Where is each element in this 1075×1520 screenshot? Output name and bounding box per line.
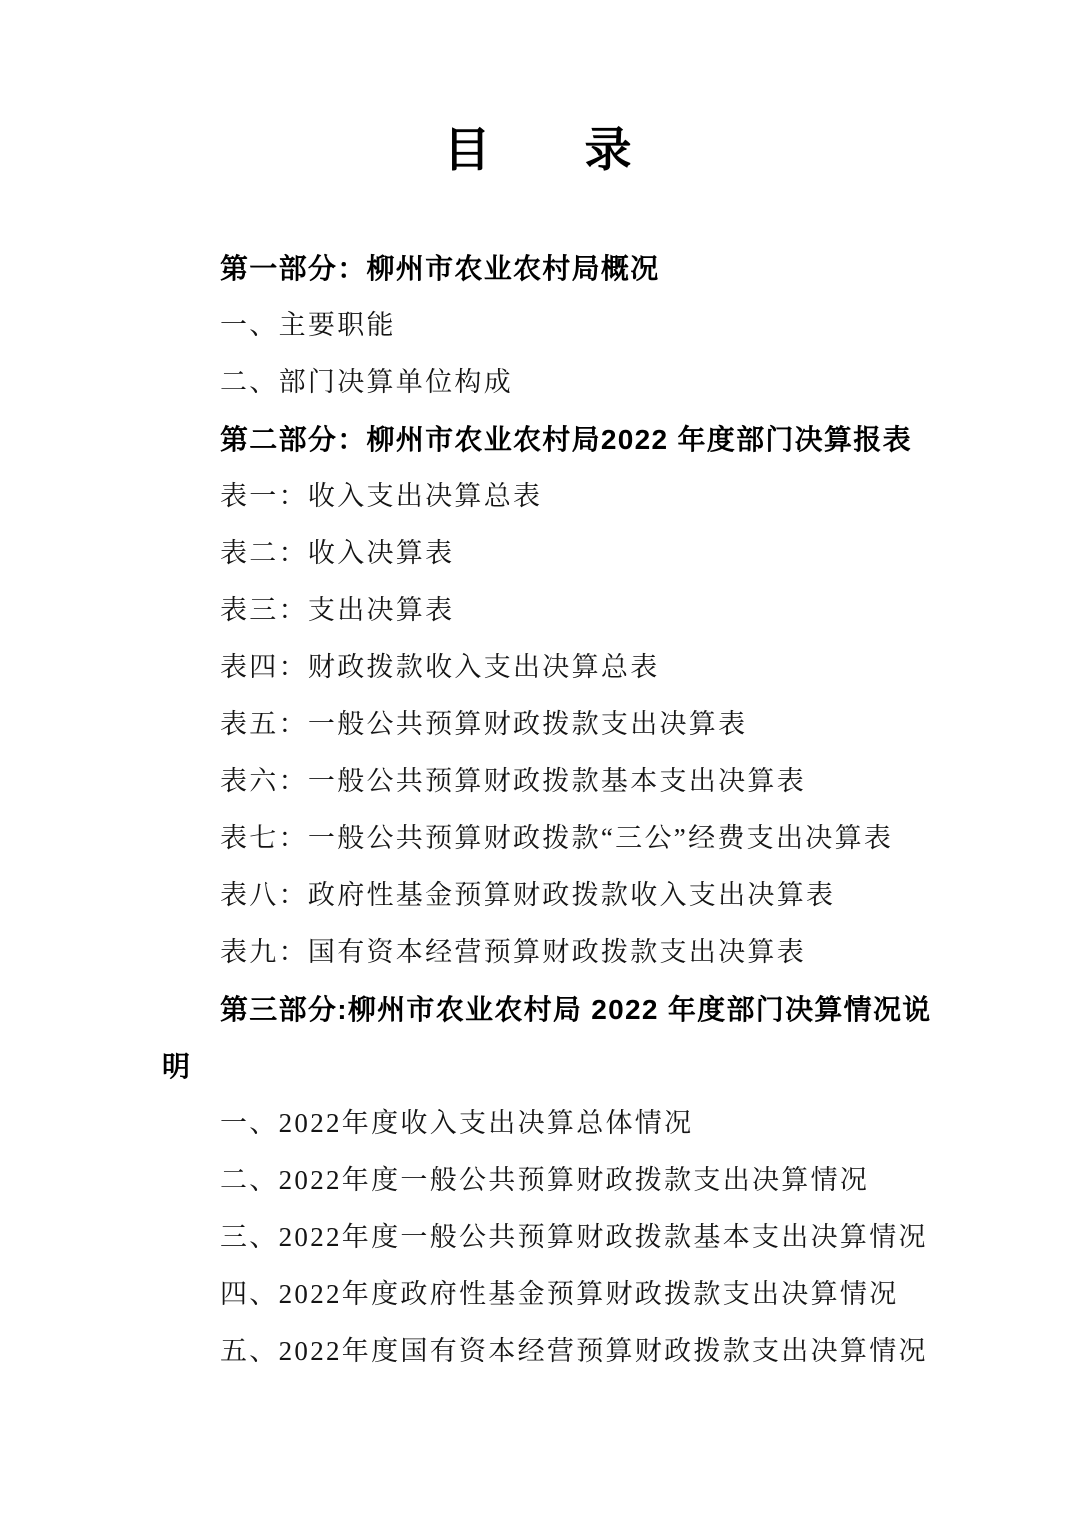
toc-part3-item-3: 三、2022年度一般公共预算财政拨款基本支出决算情况 [162,1209,935,1266]
toc-part1-item-unit-composition: 二、部门决算单位构成 [162,354,935,411]
table-of-contents: 第一部分：柳州市农业农村局概况 一、主要职能 二、部门决算单位构成 第二部分：柳… [0,240,1075,1380]
toc-part3-item-4: 四、2022年度政府性基金预算财政拨款支出决算情况 [162,1266,935,1323]
toc-part3-item-5: 五、2022年度国有资本经营预算财政拨款支出决算情况 [162,1323,935,1380]
page-title: 目 录 [0,0,1075,178]
toc-part3-heading-line1: 第三部分:柳州市农业农村局 2022 年度部门决算情况说 [162,981,935,1038]
toc-part2-table-8: 表八：政府性基金预算财政拨款收入支出决算表 [162,867,935,924]
document-page: 目 录 第一部分：柳州市农业农村局概况 一、主要职能 二、部门决算单位构成 第二… [0,0,1075,1520]
toc-part2-table-1: 表一：收入支出决算总表 [162,468,935,525]
toc-part2-table-4: 表四：财政拨款收入支出决算总表 [162,639,935,696]
toc-part2-table-9: 表九：国有资本经营预算财政拨款支出决算表 [162,924,935,981]
toc-part2-table-7: 表七：一般公共预算财政拨款“三公”经费支出决算表 [162,810,935,867]
toc-part1-item-main-functions: 一、主要职能 [162,297,935,354]
toc-part2-heading: 第二部分：柳州市农业农村局2022 年度部门决算报表 [162,411,935,468]
toc-part2-table-2: 表二：收入决算表 [162,525,935,582]
toc-part3-item-1: 一、2022年度收入支出决算总体情况 [162,1095,935,1152]
toc-part3-heading-line2: 明 [162,1038,935,1095]
toc-part3-item-2: 二、2022年度一般公共预算财政拨款支出决算情况 [162,1152,935,1209]
toc-part2-table-3: 表三：支出决算表 [162,582,935,639]
toc-part2-table-6: 表六：一般公共预算财政拨款基本支出决算表 [162,753,935,810]
toc-part2-table-5: 表五：一般公共预算财政拨款支出决算表 [162,696,935,753]
toc-part1-heading: 第一部分：柳州市农业农村局概况 [162,240,935,297]
